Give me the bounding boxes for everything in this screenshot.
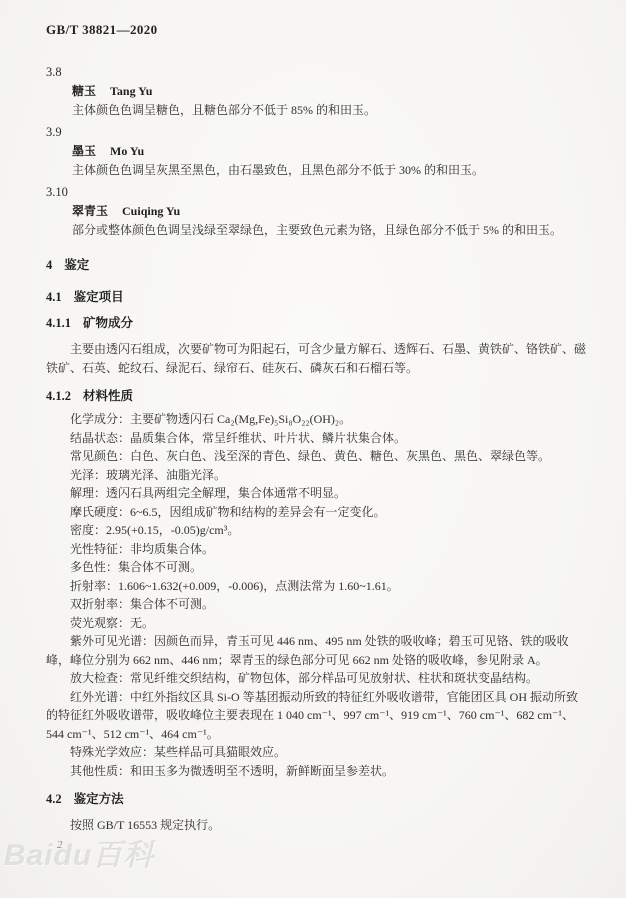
standard-number-header: GB/T 38821—2020	[46, 20, 588, 39]
term-title: 翠青玉Cuiqing Yu	[72, 202, 588, 221]
property-common-colors: 常见颜色：白色、灰白色、浅至深的青色、绿色、黄色、糖色、灰黑色、黑色、翠绿色等。	[46, 447, 588, 466]
section-number: 4.1.1	[46, 316, 71, 330]
clause-number-3-10: 3.10	[46, 183, 588, 202]
section-heading-4-2: 4.2鉴定方法	[46, 790, 588, 809]
term-title: 墨玉Mo Yu	[72, 142, 588, 161]
property-mohs-hardness: 摩氏硬度：6~6.5，因组成矿物和结构的差异会有一定变化。	[46, 503, 588, 522]
property-refractive-index: 折射率：1.606~1.632(+0.009，-0.006)，点测法常为 1.6…	[46, 577, 588, 596]
property-density: 密度：2.95(+0.15，-0.05)g/cm³。	[46, 521, 588, 540]
document-page: GB/T 38821—2020 3.8 糖玉Tang Yu 主体颜色色调呈糖色，…	[0, 0, 626, 898]
term-name-en: Mo Yu	[110, 144, 144, 158]
section-heading-4-1-1: 4.1.1矿物成分	[46, 314, 588, 333]
term-title: 糖玉Tang Yu	[72, 82, 588, 101]
property-fluorescence: 荧光观察：无。	[46, 614, 588, 633]
identification-method-paragraph: 按照 GB/T 16553 规定执行。	[46, 816, 588, 835]
property-other: 其他性质：和田玉多为微透明至不透明，新鲜断面呈参差状。	[46, 762, 588, 781]
property-infrared-spectrum: 红外光谱：中红外指纹区具 Si-O 等基团振动所致的特征红外吸收谱带，官能团区具…	[46, 688, 588, 744]
term-name-cn: 翠青玉	[72, 204, 108, 218]
property-special-optical-effect: 特殊光学效应：某些样品可具猫眼效应。	[46, 743, 588, 762]
property-cleavage: 解理：透闪石具两组完全解理，集合体通常不明显。	[46, 484, 588, 503]
property-optic-character: 光性特征：非均质集合体。	[46, 540, 588, 559]
clause-number-3-9: 3.9	[46, 123, 588, 142]
term-definition: 部分或整体颜色色调呈浅绿至翠绿色，主要致色元素为铬，且绿色部分不低于 5% 的和…	[72, 221, 588, 240]
section-number: 4	[46, 258, 52, 272]
term-block-tangyu: 糖玉Tang Yu 主体颜色色调呈糖色，且糖色部分不低于 85% 的和田玉。	[72, 82, 588, 120]
section-title: 鉴定	[64, 258, 89, 272]
mineral-composition-paragraph: 主要由透闪石组成，次要矿物可为阳起石，可含少量方解石、透辉石、石墨、黄铁矿、铬铁…	[46, 340, 588, 378]
material-properties-list: 化学成分：主要矿物透闪石 Ca₂(Mg,Fe)₅Si₈O₂₂(OH)₂。 结晶状…	[46, 410, 588, 780]
term-definition: 主体颜色色调呈灰黑至黑色，由石墨致色，且黑色部分不低于 30% 的和田玉。	[72, 161, 588, 180]
section-title: 材料性质	[83, 389, 133, 403]
section-title: 鉴定项目	[74, 290, 124, 304]
term-name-en: Cuiqing Yu	[122, 204, 180, 218]
term-name-cn: 糖玉	[72, 84, 96, 98]
section-number: 4.1.2	[46, 389, 71, 403]
property-chemical-composition: 化学成分：主要矿物透闪石 Ca₂(Mg,Fe)₅Si₈O₂₂(OH)₂。	[46, 410, 588, 429]
property-birefringence: 双折射率：集合体不可测。	[46, 595, 588, 614]
watermark-logo: Baidu百科	[4, 846, 154, 865]
term-name-en: Tang Yu	[110, 84, 152, 98]
property-luster: 光泽：玻璃光泽、油脂光泽。	[46, 466, 588, 485]
term-name-cn: 墨玉	[72, 144, 96, 158]
property-uv-vis-spectrum: 紫外可见光谱：因颜色而异，青玉可见 446 nm、495 nm 处铁的吸收峰；碧…	[46, 632, 588, 669]
term-definition: 主体颜色色调呈糖色，且糖色部分不低于 85% 的和田玉。	[72, 101, 588, 120]
section-number: 4.1	[46, 290, 62, 304]
property-magnification: 放大检查：常见纤维交织结构，矿物包体，部分样品可见放射状、柱状和斑状变晶结构。	[46, 669, 588, 688]
term-block-cuiqingyu: 翠青玉Cuiqing Yu 部分或整体颜色色调呈浅绿至翠绿色，主要致色元素为铬，…	[72, 202, 588, 240]
section-heading-4: 4鉴定	[46, 256, 588, 275]
section-number: 4.2	[46, 792, 62, 806]
term-block-moyu: 墨玉Mo Yu 主体颜色色调呈灰黑至黑色，由石墨致色，且黑色部分不低于 30% …	[72, 142, 588, 180]
section-heading-4-1-2: 4.1.2材料性质	[46, 387, 588, 406]
section-heading-4-1: 4.1鉴定项目	[46, 288, 588, 307]
section-title: 鉴定方法	[74, 792, 124, 806]
property-crystal-state: 结晶状态：晶质集合体，常呈纤维状、叶片状、鳞片状集合体。	[46, 429, 588, 448]
clause-number-3-8: 3.8	[46, 63, 588, 82]
section-title: 矿物成分	[83, 316, 133, 330]
property-pleochroism: 多色性：集合体不可测。	[46, 558, 588, 577]
